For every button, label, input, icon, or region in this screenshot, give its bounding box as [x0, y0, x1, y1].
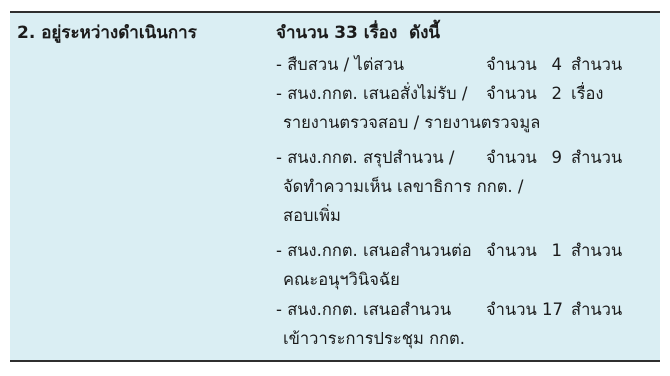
- count-unit: เรื่อง: [562, 79, 656, 108]
- count-value: 17: [542, 295, 562, 324]
- case-item: - สนง.กกต. เสนอสำนวน จำนวน 17 สำนวน เข้า…: [276, 295, 656, 353]
- case-item: - สนง.กกต. เสนอสั่งไม่รับ / จำนวน 2 เรื่…: [276, 79, 656, 137]
- count-label: จำนวน: [486, 50, 542, 79]
- case-item: - สนง.กกต. สรุปสำนวน / จำนวน 9 สำนวน จัด…: [276, 143, 656, 230]
- count-value: 2: [542, 79, 562, 108]
- count-label: จำนวน: [486, 295, 542, 324]
- case-item: - สืบสวน / ไต่สวน จำนวน 4 สำนวน: [276, 50, 656, 79]
- count-label: จำนวน: [486, 236, 542, 265]
- case-desc: - สืบสวน / ไต่สวน: [276, 50, 486, 79]
- count-unit: สำนวน: [562, 295, 656, 324]
- total-summary: จำนวน 33 เรื่อง ดังนี้: [276, 19, 656, 48]
- case-item: - สนง.กกต. เสนอสำนวนต่อ จำนวน 1 สำนวน คณ…: [276, 236, 656, 294]
- count-value: 4: [542, 50, 562, 79]
- case-desc-continuation: สอบเพิ่ม: [276, 201, 656, 230]
- status-column: 2. อยู่ระหว่างดำเนินการ: [10, 13, 276, 360]
- case-desc-continuation: จัดทำความเห็น เลขาธิการ กกต. /: [276, 172, 656, 201]
- case-desc: - สนง.กกต. เสนอสำนวนต่อ: [276, 236, 486, 265]
- count-unit: สำนวน: [562, 50, 656, 79]
- case-desc-continuation: คณะอนุฯวินิจฉัย: [276, 265, 656, 294]
- case-item-row: - สืบสวน / ไต่สวน จำนวน 4 สำนวน: [276, 50, 656, 79]
- count-value: 9: [542, 143, 562, 172]
- case-desc-continuation: เข้าวาระการประชุม กกต.: [276, 324, 656, 353]
- case-item-row: - สนง.กกต. เสนอสำนวน จำนวน 17 สำนวน: [276, 295, 656, 324]
- count-value: 1: [542, 236, 562, 265]
- count-unit: สำนวน: [562, 143, 656, 172]
- case-desc-continuation: รายงานตรวจสอบ / รายงานตรวจมูล: [276, 108, 656, 137]
- case-item-row: - สนง.กกต. สรุปสำนวน / จำนวน 9 สำนวน: [276, 143, 656, 172]
- status-label: 2. อยู่ระหว่างดำเนินการ: [17, 19, 276, 48]
- status-summary-table: 2. อยู่ระหว่างดำเนินการ จำนวน 33 เรื่อง …: [10, 11, 660, 362]
- case-desc: - สนง.กกต. สรุปสำนวน /: [276, 143, 486, 172]
- case-desc: - สนง.กกต. เสนอสำนวน: [276, 295, 486, 324]
- count-label: จำนวน: [486, 79, 542, 108]
- count-unit: สำนวน: [562, 236, 656, 265]
- details-column: จำนวน 33 เรื่อง ดังนี้ - สืบสวน / ไต่สวน…: [276, 13, 660, 360]
- case-item-row: - สนง.กกต. เสนอสั่งไม่รับ / จำนวน 2 เรื่…: [276, 79, 656, 108]
- count-label: จำนวน: [486, 143, 542, 172]
- case-desc: - สนง.กกต. เสนอสั่งไม่รับ /: [276, 79, 486, 108]
- case-item-row: - สนง.กกต. เสนอสำนวนต่อ จำนวน 1 สำนวน: [276, 236, 656, 265]
